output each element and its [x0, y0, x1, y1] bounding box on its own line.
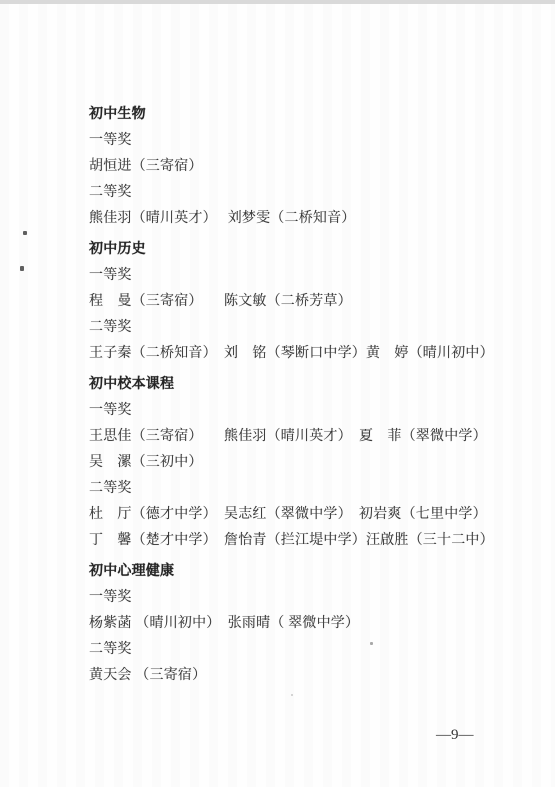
scan-speck: [370, 642, 373, 645]
award-tier-label: 二等奖: [89, 180, 534, 206]
winner-line: 吴 漯（三初中）: [89, 450, 534, 476]
scan-speck: [20, 266, 24, 271]
winner-line: 黄天会 （三寄宿）: [89, 663, 534, 689]
document-body: 初中生物一等奖胡恒进（三寄宿）二等奖熊佳羽（晴川英才） 刘梦雯（二桥知音）初中历…: [89, 102, 534, 689]
award-tier-label: 二等奖: [89, 476, 534, 502]
section-title: 初中历史: [89, 237, 534, 263]
page-number: —9—: [436, 725, 474, 745]
section-title: 初中校本课程: [89, 372, 534, 398]
section-title: 初中心理健康: [89, 559, 534, 585]
award-tier-label: 二等奖: [89, 315, 534, 341]
award-tier-label: 一等奖: [89, 128, 534, 154]
winner-line: 杨紫菡 （晴川初中） 张雨晴（ 翠微中学）: [89, 611, 534, 637]
winner-line: 王思佳（三寄宿） 熊佳羽（晴川英才） 夏 菲（翠微中学）: [89, 424, 534, 450]
award-tier-label: 一等奖: [89, 398, 534, 424]
winner-line: 王子秦（二桥知音） 刘 铭（琴断口中学）黄 婷（晴川初中）: [89, 341, 534, 367]
winner-line: 胡恒进（三寄宿）: [89, 154, 534, 180]
award-tier-label: 二等奖: [89, 637, 534, 663]
winner-line: 熊佳羽（晴川英才） 刘梦雯（二桥知音）: [89, 206, 534, 232]
scan-speck: [291, 694, 293, 696]
scanned-document-page: 初中生物一等奖胡恒进（三寄宿）二等奖熊佳羽（晴川英才） 刘梦雯（二桥知音）初中历…: [0, 0, 555, 787]
award-tier-label: 一等奖: [89, 585, 534, 611]
winner-line: 丁 馨（楚才中学） 詹怡青（拦江堤中学）汪啟胜（三十二中）: [89, 528, 534, 554]
scan-speck: [23, 231, 27, 235]
winner-line: 杜 厅（德才中学） 吴志红（翠微中学） 初岩爽（七里中学）: [89, 502, 534, 528]
winner-line: 程 曼（三寄宿） 陈文敏（二桥芳草）: [89, 289, 534, 315]
section-title: 初中生物: [89, 102, 534, 128]
scan-edge-strip: [0, 0, 555, 4]
award-tier-label: 一等奖: [89, 263, 534, 289]
